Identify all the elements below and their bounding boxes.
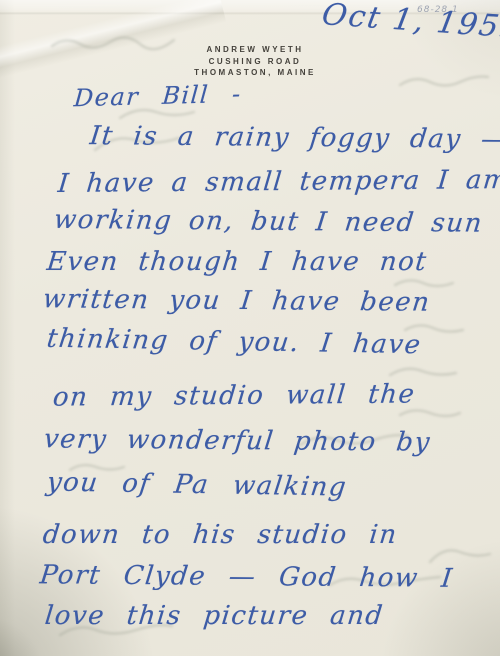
handwritten-line: love this picture and [44,603,385,629]
handwritten-line: Even though I have not [46,249,429,275]
letterhead-address-city: THOMASTON, MAINE [155,67,355,79]
letter-paper: 68-28.1 Oct 1, 1959 ANDREW WYETH CUSHING… [0,0,500,656]
handwritten-line: on my studio wall the [52,381,417,410]
letterhead: ANDREW WYETH CUSHING ROAD THOMASTON, MAI… [155,44,355,79]
handwritten-line: you of Pa walking [45,469,348,500]
handwritten-line: Port Clyde — God how I [39,562,455,592]
letterhead-name: ANDREW WYETH [155,44,355,56]
handwritten-line: very wonderful photo by [43,426,433,455]
handwritten-line: down to his studio in [42,522,399,548]
salutation: Dear Bill - [73,82,243,110]
date-handwritten: Oct 1, 1959 [319,0,500,46]
handwritten-line: written you I have been [42,286,432,315]
handwritten-line: working on, but I need sun — [53,207,500,237]
handwritten-line: It is a rainy foggy day — [89,123,500,153]
handwritten-line: I have a small tempera I am [57,167,500,197]
handwritten-line: thinking of you. I have [45,326,423,358]
letterhead-address-road: CUSHING ROAD [155,56,355,68]
